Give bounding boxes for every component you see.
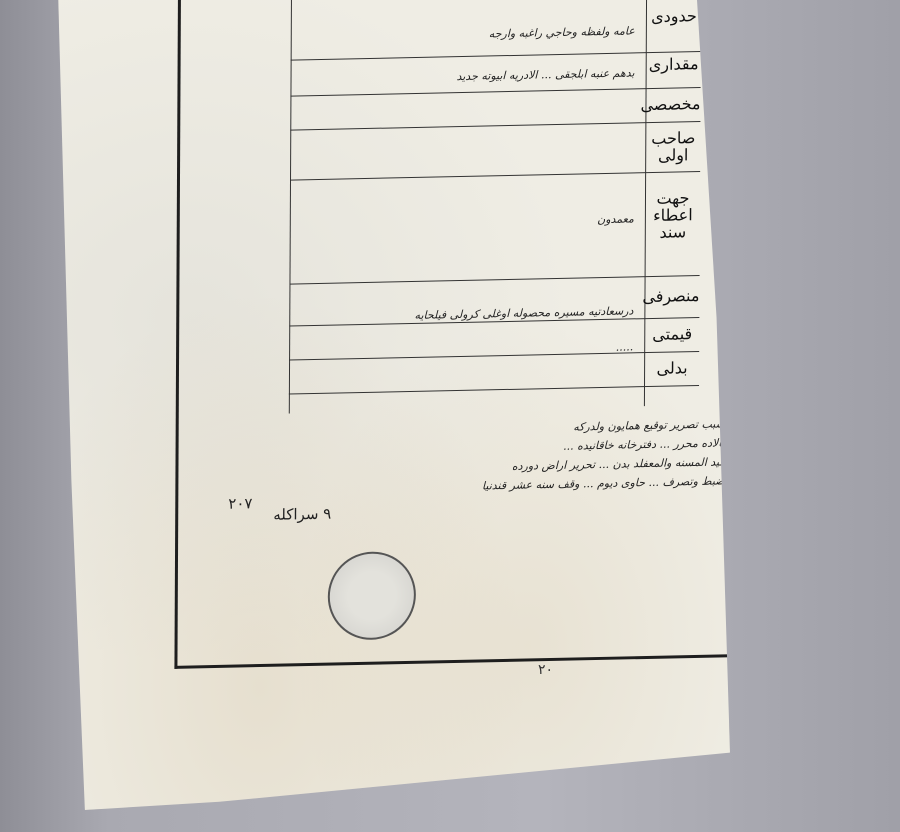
label-fee: بدلى [645, 359, 699, 377]
label-value: قيمتى [645, 325, 699, 343]
value-quantity: بدهم عنبه ابلجقى ... الادريه ابيوته جديد [456, 66, 634, 83]
label-previous-owner: صاحب اولى [646, 129, 700, 164]
corner-mark: ٢٠ [538, 662, 553, 678]
label-holder: منصرفى [645, 287, 699, 305]
label-issuance-reason: جهت اعطاء سند [646, 189, 700, 241]
date-note: ٩ سراكله [273, 505, 331, 524]
document-number: ٢٠٧ [228, 494, 252, 513]
label-allocation: مخصصى [646, 95, 700, 113]
value-boundaries: عامه ولفظه وحاجي راغبه وارجه [489, 24, 635, 40]
value-issuance-reason: معمدون [597, 212, 634, 226]
document-border: ... بكا دون معلوم ... حدودى عامه ولفظه و… [174, 0, 744, 669]
document-paper: ... بكا دون معلوم ... حدودى عامه ولفظه و… [58, 0, 730, 810]
label-boundaries: حدودى [647, 7, 701, 25]
label-quantity: مقدارى [647, 55, 701, 73]
row-fee: بدلى [289, 351, 699, 395]
official-seal-icon: circular official seal (tughra-style) [328, 551, 416, 641]
deed-body-text: سبب تصرير توقيع همايون ولدركه بالاده محر… [198, 414, 725, 501]
row-issuance-reason: جهت اعطاء سند معمدون [289, 171, 700, 285]
deed-table: ... بكا دون معلوم ... حدودى عامه ولفظه و… [289, 0, 701, 414]
